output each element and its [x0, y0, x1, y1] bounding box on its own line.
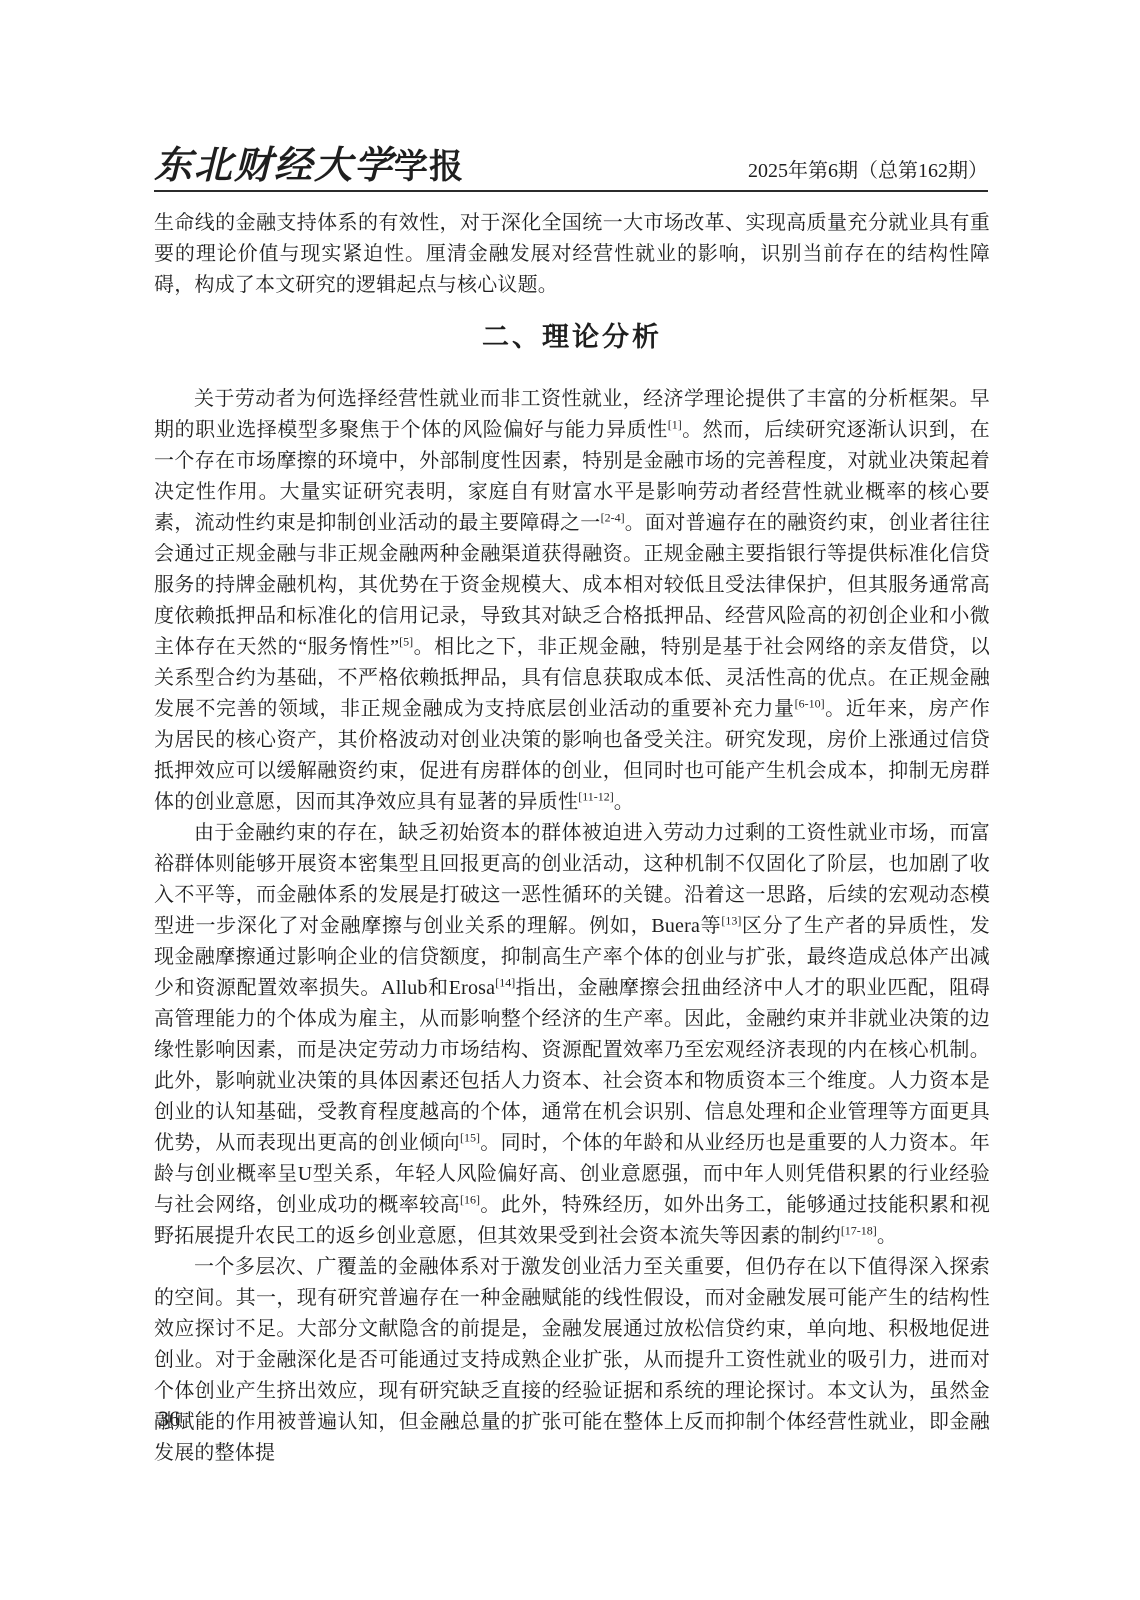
- journal-logo: 东北财经大学学报: [154, 147, 464, 185]
- citation-ref: [15]: [460, 1130, 480, 1144]
- journal-logo-suffix: 学报: [394, 149, 464, 186]
- body-paragraph: 一个多层次、广覆盖的金融体系对于激发创业活力至关重要，但仍存在以下值得深入探索的…: [154, 1252, 990, 1469]
- paragraph-text: 指出，金融摩擦会扭曲经济中人才的职业匹配，阻碍高管理能力的个体成为雇主，从而影响…: [154, 977, 990, 1154]
- citation-ref: [5]: [399, 634, 413, 648]
- body-paragraph: 由于金融约束的存在，缺乏初始资本的群体被迫进入劳动力过剩的工资性就业市场，而富裕…: [154, 818, 990, 1252]
- paragraph-text: 生命线的金融支持体系的有效性，对于深化全国统一大市场改革、实现高质量充分就业具有…: [154, 212, 990, 296]
- paragraph-text: 一个多层次、广覆盖的金融体系对于激发创业活力至关重要，但仍存在以下值得深入探索的…: [154, 1256, 990, 1464]
- citation-ref: [13]: [721, 913, 741, 927]
- paragraph-text: 。: [877, 1225, 897, 1247]
- citation-ref: [2-4]: [601, 510, 625, 524]
- journal-page: 东北财经大学学报 2025年第6期（总第162期） 生命线的金融支持体系的有效性…: [0, 0, 1140, 1600]
- citation-ref: [17-18]: [841, 1223, 877, 1237]
- paragraph-text: 。: [614, 791, 634, 813]
- section-heading: 二、理论分析: [154, 318, 990, 356]
- issue-info: 2025年第6期（总第162期）: [748, 159, 988, 185]
- citation-ref: [16]: [460, 1192, 480, 1206]
- body-paragraph: 关于劳动者为何选择经营性就业而非工资性就业，经济学理论提供了丰富的分析框架。早期…: [154, 384, 990, 818]
- page-number: 36: [158, 1408, 180, 1430]
- body-paragraph: 生命线的金融支持体系的有效性，对于深化全国统一大市场改革、实现高质量充分就业具有…: [154, 208, 990, 301]
- citation-ref: [6-10]: [795, 696, 825, 710]
- page-header: 东北财经大学学报 2025年第6期（总第162期）: [154, 136, 988, 192]
- citation-ref: [14]: [495, 975, 515, 989]
- citation-ref: [11-12]: [578, 789, 614, 803]
- journal-logo-calligraphy: 东北财经大学: [154, 145, 394, 187]
- article-body: 生命线的金融支持体系的有效性，对于深化全国统一大市场改革、实现高质量充分就业具有…: [154, 208, 990, 1469]
- citation-ref: [1]: [668, 417, 682, 431]
